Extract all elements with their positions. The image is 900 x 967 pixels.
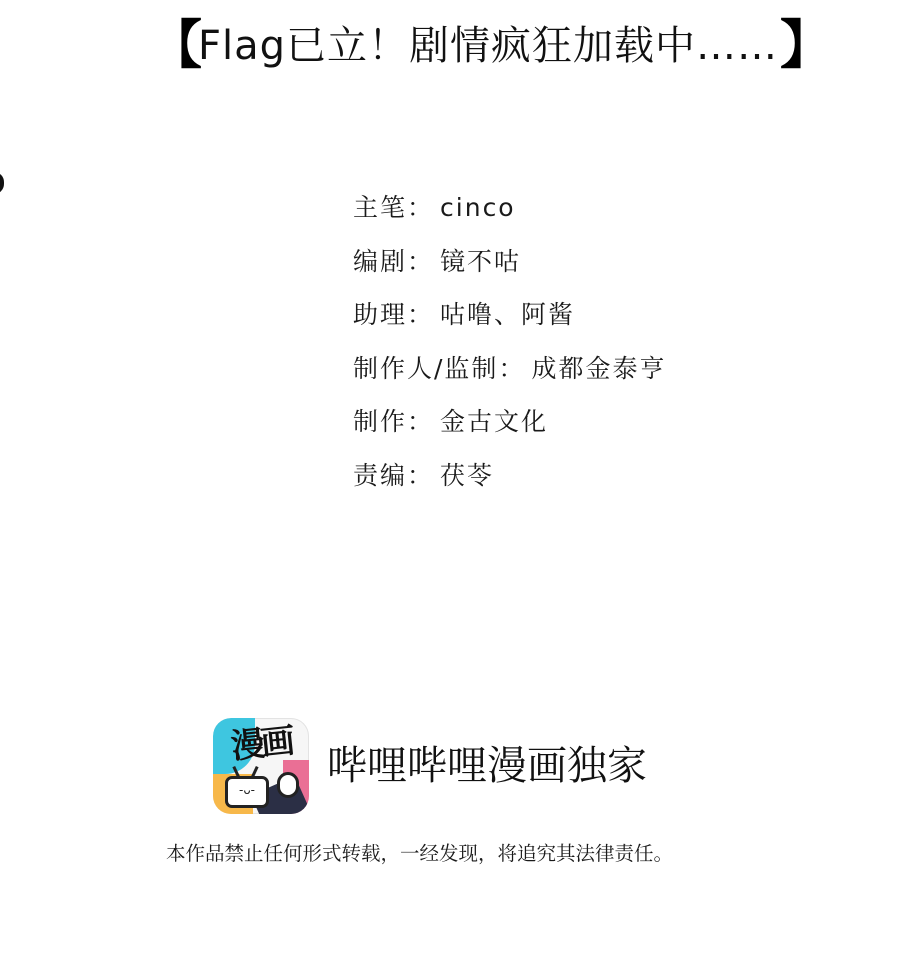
chapter-title-banner: 【 Flag已立！剧情疯狂加载中…… 】 [150, 16, 840, 76]
bilibili-manga-logo-icon: 漫画 -ᴗ- [213, 718, 309, 814]
tv-mascot-face: -ᴗ- [228, 783, 266, 797]
credit-separator: ： [407, 407, 434, 436]
title-bracket-right: 】 [780, 16, 832, 76]
credit-value: 咕噜、阿酱 [440, 300, 575, 329]
edge-artifact-mark [0, 172, 4, 194]
credit-row-assistants: 助理：咕噜、阿酱 [353, 293, 666, 347]
credit-value: 成都金泰亨 [531, 354, 666, 383]
credit-row-producer: 制作人/监制：成都金泰亨 [353, 347, 666, 401]
credit-value: cinco [440, 193, 516, 222]
tv-mascot-icon: -ᴗ- [225, 776, 269, 808]
credit-separator: ： [407, 193, 434, 222]
title-bracket-left: 【 [150, 16, 202, 76]
credit-row-production: 制作：金古文化 [353, 400, 666, 454]
credit-role: 责编 [353, 461, 407, 490]
credit-value: 金古文化 [440, 407, 548, 436]
thumbs-up-hand-icon [277, 772, 299, 798]
credit-role: 制作 [353, 407, 407, 436]
credit-separator: ： [407, 300, 434, 329]
credit-role: 编剧 [353, 247, 407, 276]
credit-role: 主笔 [353, 193, 407, 222]
copyright-notice: 本作品禁止任何形式转载，一经发现，将追究其法律责任。 [166, 840, 673, 868]
credit-value: 茯苓 [440, 461, 494, 490]
exclusive-label: 哔哩哔哩漫画独家 [327, 741, 647, 791]
credit-role: 助理 [353, 300, 407, 329]
credit-separator: ： [498, 354, 525, 383]
credit-role: 制作人/监制 [353, 354, 498, 383]
credit-row-lead-artist: 主笔：cinco [353, 186, 666, 240]
credit-separator: ： [407, 247, 434, 276]
exclusive-brand-banner: 漫画 -ᴗ- 哔哩哔哩漫画独家 [213, 718, 647, 814]
credit-row-writer: 编剧：镜不咕 [353, 240, 666, 294]
credit-value: 镜不咕 [440, 247, 521, 276]
credit-separator: ： [407, 461, 434, 490]
chapter-title: Flag已立！剧情疯狂加载中…… [198, 16, 778, 76]
credit-row-editor: 责编：茯苓 [353, 454, 666, 508]
logo-manga-characters: 漫画 [229, 721, 293, 767]
credits-list: 主笔：cinco 编剧：镜不咕 助理：咕噜、阿酱 制作人/监制：成都金泰亨 制作… [353, 186, 666, 507]
